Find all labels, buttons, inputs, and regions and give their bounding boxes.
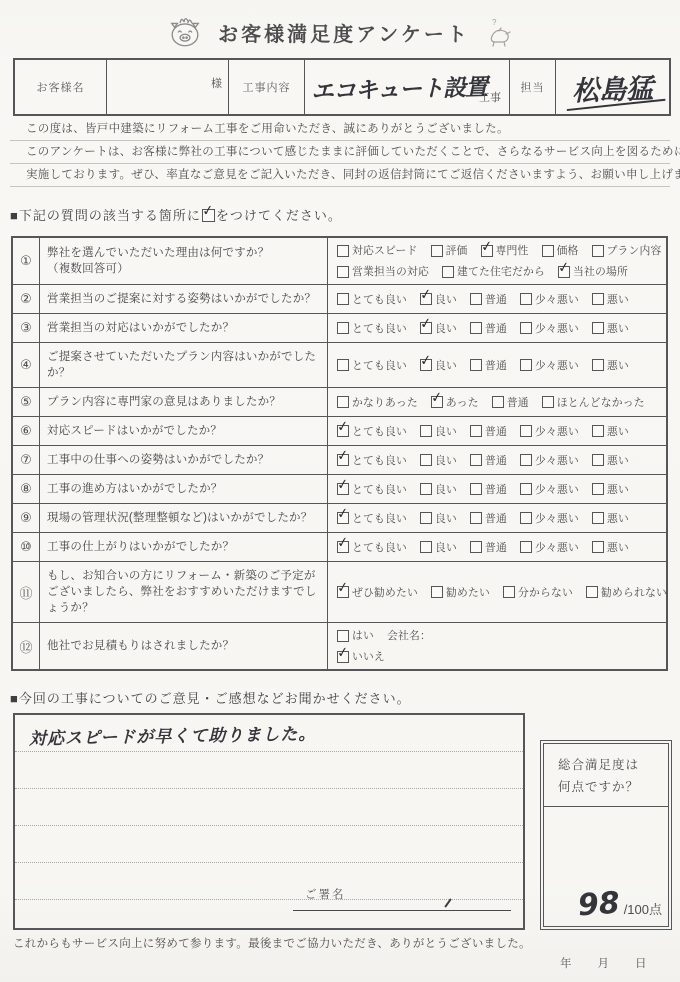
option: あった <box>431 395 479 410</box>
survey-row: ⑦工事中の仕事への姿勢はいかがでしたか？とても良い良い普通少々悪い悪い <box>13 446 666 475</box>
checkbox-icon <box>503 586 515 598</box>
option: 評価 <box>431 243 468 258</box>
checkbox-icon <box>470 483 482 495</box>
checkbox-icon <box>470 293 482 305</box>
work-suffix-label: 工事 <box>479 89 501 105</box>
answer-options: とても良い良い普通少々悪い悪い <box>328 314 666 342</box>
option-line: いいえ <box>337 649 662 664</box>
question-text: 営業担当のご提案に対する姿勢はいかがでしたか？ <box>40 285 328 313</box>
option: 少々悪い <box>520 358 579 373</box>
checkbox-icon <box>592 512 604 524</box>
comment-ruled-line <box>15 826 523 863</box>
staff-name-handwritten-value: 松島猛 <box>567 66 657 108</box>
checkbox-icon <box>592 483 604 495</box>
checked-checkbox-icon <box>337 483 349 495</box>
question-text: 他社でお見積もりはされましたか？ <box>40 623 328 669</box>
question-text: プラン内容に専門家の意見はありましたか？ <box>40 388 328 416</box>
score-question: 総合満足度は 何点ですか？ <box>544 744 668 807</box>
option: 少々悪い <box>520 482 579 497</box>
answer-options: とても良い良い普通少々悪い悪い <box>328 504 666 532</box>
option: 良い <box>420 511 457 526</box>
option: 少々悪い <box>520 321 579 336</box>
checkbox-icon <box>592 454 604 466</box>
option-line: ぜひ勧めたい勧めたい分からない勧められない <box>337 585 680 600</box>
option-line: はい会社名： <box>337 628 662 643</box>
survey-heading-suffix: をつけてください。 <box>216 208 342 223</box>
question-text: 工事の仕上がりはいかがでしたか？ <box>40 533 328 561</box>
staff-name-field: 松島猛 <box>556 60 669 114</box>
date-day-label: 日 <box>635 955 647 971</box>
question-text: 現場の管理状況(整理整頓など)はいかがでしたか？ <box>40 504 328 532</box>
option: はい <box>337 628 374 643</box>
overall-score-box: 総合満足度は 何点ですか？ 98 /100点 <box>540 740 672 930</box>
question-number: ⑩ <box>13 533 40 561</box>
checkbox-icon <box>337 630 349 642</box>
option-line: とても良い良い普通少々悪い悪い <box>337 540 662 555</box>
option-line: とても良い良い普通少々悪い悪い <box>337 321 662 336</box>
survey-sheet: お客様満足度アンケート ? お客様名 様 工事内容 エコキュート設置 工事 担当… <box>0 0 680 982</box>
option: 少々悪い <box>520 540 579 555</box>
intro-paragraph: この度は、皆戸中建築にリフォーム工事をご用命いただき、誠にありがとうございました… <box>10 118 670 187</box>
option: 良い <box>420 321 457 336</box>
checkbox-icon <box>520 454 532 466</box>
survey-row: ⑩工事の仕上がりはいかがでしたか？とても良い良い普通少々悪い悪い <box>13 533 666 562</box>
option: とても良い <box>337 358 407 373</box>
checkbox-icon <box>420 454 432 466</box>
option: ぜひ勧めたい <box>337 585 418 600</box>
svg-text:?: ? <box>492 18 497 27</box>
survey-table-body: ①弊社を選んでいただいた理由は何ですか？（複数回答可）対応スピード評価専門性価格… <box>11 236 668 671</box>
answer-options: はい会社名：いいえ <box>328 623 666 669</box>
option: 対応スピード <box>337 243 418 258</box>
checkbox-icon <box>420 541 432 553</box>
question-text: 対応スピードはいかがでしたか？ <box>40 417 328 445</box>
checked-checkbox-icon <box>202 209 215 222</box>
option: 悪い <box>592 292 629 307</box>
customer-name-field: 様 <box>107 60 229 114</box>
checkbox-icon <box>520 359 532 371</box>
survey-row: ⑤プラン内容に専門家の意見はありましたか？かなりあったあった普通ほとんどなかった <box>13 388 666 417</box>
option: 悪い <box>592 511 629 526</box>
checkbox-icon <box>431 245 443 257</box>
checkbox-icon <box>542 245 554 257</box>
score-value-area: 98 /100点 <box>578 892 662 918</box>
option: 悪い <box>592 482 629 497</box>
checkbox-icon <box>337 322 349 334</box>
survey-heading-prefix: ■下記の質問の該当する箇所に <box>10 208 201 223</box>
honorific-label: 様 <box>211 75 222 91</box>
comments-box: 対応スピードが早くて助りました。 ご署名 <box>13 713 525 930</box>
option: とても良い <box>337 511 407 526</box>
customer-name-label: お客様名 <box>15 60 107 114</box>
checked-checkbox-icon <box>420 359 432 371</box>
checkbox-icon <box>592 293 604 305</box>
option: 普通 <box>470 292 507 307</box>
survey-row: ④ご提案させていただいたプラン内容はいかがでしたか？とても良い良い普通少々悪い悪… <box>13 343 666 388</box>
option: 建てた住宅だから <box>442 264 545 279</box>
question-number: ② <box>13 285 40 313</box>
signature-label: ご署名 <box>305 886 346 902</box>
checkbox-icon <box>586 586 598 598</box>
option-line: 対応スピード評価専門性価格プラン内容 <box>337 243 675 258</box>
checked-checkbox-icon <box>337 541 349 553</box>
checked-checkbox-icon <box>420 293 432 305</box>
answer-options: とても良い良い普通少々悪い悪い <box>328 417 666 445</box>
answer-options: とても良い良い普通少々悪い悪い <box>328 446 666 474</box>
customer-info-table: お客様名 様 工事内容 エコキュート設置 工事 担当 松島猛 <box>13 58 671 116</box>
option: 普通 <box>470 453 507 468</box>
checkbox-icon <box>470 541 482 553</box>
checkbox-icon <box>431 586 443 598</box>
checkbox-icon <box>420 425 432 437</box>
answer-options: ぜひ勧めたい勧めたい分からない勧められない <box>328 562 680 622</box>
checkbox-icon <box>337 359 349 371</box>
checkbox-icon <box>520 541 532 553</box>
question-text: 工事中の仕事への姿勢はいかがでしたか？ <box>40 446 328 474</box>
checked-checkbox-icon <box>337 586 349 598</box>
checkbox-icon <box>520 512 532 524</box>
option-line: とても良い良い普通少々悪い悪い <box>337 453 662 468</box>
option: 価格 <box>542 243 579 258</box>
option: 良い <box>420 358 457 373</box>
checkbox-icon <box>442 266 454 278</box>
checkbox-icon <box>492 396 504 408</box>
checkbox-icon <box>520 293 532 305</box>
option: 当社の場所 <box>558 264 628 279</box>
signature-stroke-mark <box>444 898 451 907</box>
survey-row: ③営業担当の対応はいかがでしたか？とても良い良い普通少々悪い悪い <box>13 314 666 343</box>
header: お客様満足度アンケート ? <box>0 14 680 50</box>
option-line: 営業担当の対応建てた住宅だから当社の場所 <box>337 264 675 279</box>
option: 悪い <box>592 540 629 555</box>
handwritten-comment: 対応スピードが早くて助りました。 <box>15 719 317 753</box>
option: プラン内容 <box>592 243 662 258</box>
option: 悪い <box>592 453 629 468</box>
answer-options: とても良い良い普通少々悪い悪い <box>328 285 666 313</box>
option: 勧めたい <box>431 585 490 600</box>
intro-line: 実施しております。ぜひ、率直なご意見をご記入いただき、同封の返信封筒にてご返信く… <box>10 164 670 187</box>
option-line: かなりあったあった普通ほとんどなかった <box>337 395 662 410</box>
checked-checkbox-icon <box>431 396 443 408</box>
question-number: ⑪ <box>13 562 40 622</box>
intro-line: この度は、皆戸中建築にリフォーム工事をご用命いただき、誠にありがとうございました… <box>10 118 670 141</box>
option: 分からない <box>503 585 573 600</box>
option: 悪い <box>592 424 629 439</box>
option: いいえ <box>337 649 385 664</box>
date-line: 年 月 日 <box>560 955 647 971</box>
option: 良い <box>420 453 457 468</box>
checked-checkbox-icon <box>481 245 493 257</box>
checkbox-icon <box>592 425 604 437</box>
checkbox-icon <box>542 396 554 408</box>
option: とても良い <box>337 321 407 336</box>
question-text: もし、お知合いの方にリフォーム・新築のご予定がございましたら、弊社をおすすめいた… <box>40 562 328 622</box>
question-number: ④ <box>13 343 40 387</box>
answer-options: かなりあったあった普通ほとんどなかった <box>328 388 666 416</box>
option: 少々悪い <box>520 424 579 439</box>
work-content-field: エコキュート設置 工事 <box>305 60 510 114</box>
option: 普通 <box>470 482 507 497</box>
option: 良い <box>420 482 457 497</box>
answer-options: 対応スピード評価専門性価格プラン内容営業担当の対応建てた住宅だから当社の場所 <box>328 238 679 284</box>
checkbox-icon <box>520 483 532 495</box>
option: 勧められない <box>586 585 667 600</box>
option: 営業担当の対応 <box>337 264 429 279</box>
checkbox-icon <box>592 322 604 334</box>
survey-row: ⑧工事の進め方はいかがでしたか？とても良い良い普通少々悪い悪い <box>13 475 666 504</box>
option: 良い <box>420 424 457 439</box>
checkbox-icon <box>337 245 349 257</box>
comment-ruled-line <box>15 752 523 789</box>
work-content-handwritten-value: エコキュート設置 <box>311 68 488 106</box>
option: 良い <box>420 292 457 307</box>
option: 普通 <box>470 321 507 336</box>
checkbox-icon <box>470 425 482 437</box>
option: とても良い <box>337 482 407 497</box>
score-box-inner-border: 総合満足度は 何点ですか？ 98 /100点 <box>543 743 669 927</box>
option-text: 会社名： <box>387 628 431 643</box>
question-number: ⑨ <box>13 504 40 532</box>
option: 普通 <box>492 395 529 410</box>
survey-row: ②営業担当のご提案に対する姿勢はいかがでしたか？とても良い良い普通少々悪い悪い <box>13 285 666 314</box>
checkbox-icon <box>337 293 349 305</box>
score-suffix-label: /100点 <box>624 899 662 918</box>
checkbox-icon <box>420 512 432 524</box>
question-text: 弊社を選んでいただいた理由は何ですか？（複数回答可） <box>40 238 328 284</box>
checked-checkbox-icon <box>337 454 349 466</box>
checked-checkbox-icon <box>558 266 570 278</box>
answer-options: とても良い良い普通少々悪い悪い <box>328 533 666 561</box>
checkbox-icon <box>592 541 604 553</box>
checkbox-icon <box>420 483 432 495</box>
option: 良い <box>420 540 457 555</box>
checkbox-icon <box>520 425 532 437</box>
boar-sketch-icon: ? <box>484 16 514 48</box>
comments-section-heading: ■今回の工事についてのご意見・ご感想などお聞かせください。 <box>10 688 411 707</box>
signature-area: ご署名 <box>15 886 523 924</box>
score-question-line1: 総合満足度は <box>558 755 668 773</box>
staff-label: 担当 <box>510 60 556 114</box>
option: とても良い <box>337 540 407 555</box>
option-line: とても良い良い普通少々悪い悪い <box>337 482 662 497</box>
checkbox-icon <box>592 359 604 371</box>
survey-row: ⑨現場の管理状況(整理整頓など)はいかがでしたか？とても良い良い普通少々悪い悪い <box>13 504 666 533</box>
intro-line: このアンケートは、お客様に弊社の工事について感じたままに評価していただくことで、… <box>10 141 670 164</box>
page-title: お客様満足度アンケート <box>218 18 470 47</box>
signature-line <box>293 910 511 911</box>
comment-ruled-line <box>15 789 523 826</box>
question-text: 営業担当の対応はいかがでしたか？ <box>40 314 328 342</box>
option: 少々悪い <box>520 453 579 468</box>
score-question-line2: 何点ですか？ <box>558 777 668 795</box>
checkbox-icon <box>470 512 482 524</box>
question-number: ③ <box>13 314 40 342</box>
option: 普通 <box>470 511 507 526</box>
work-content-label: 工事内容 <box>229 60 305 114</box>
option: ほとんどなかった <box>542 395 645 410</box>
option-line: とても良い良い普通少々悪い悪い <box>337 511 662 526</box>
option: 少々悪い <box>520 292 579 307</box>
option: かなりあった <box>337 395 418 410</box>
survey-row: ⑫他社でお見積もりはされましたか？はい会社名：いいえ <box>13 623 666 669</box>
date-year-label: 年 <box>560 955 572 971</box>
option: 普通 <box>470 424 507 439</box>
option: 少々悪い <box>520 511 579 526</box>
question-text: 工事の進め方はいかがでしたか？ <box>40 475 328 503</box>
checkbox-icon <box>337 266 349 278</box>
survey-section-heading: ■下記の質問の該当する箇所にをつけてください。 <box>10 205 342 224</box>
option: とても良い <box>337 292 407 307</box>
checked-checkbox-icon <box>337 512 349 524</box>
pig-mascot-icon <box>166 14 204 50</box>
answer-options: とても良い良い普通少々悪い悪い <box>328 343 666 387</box>
question-number: ⑥ <box>13 417 40 445</box>
checkbox-icon <box>337 396 349 408</box>
checkbox-icon <box>470 322 482 334</box>
option: とても良い <box>337 453 407 468</box>
checked-checkbox-icon <box>337 425 349 437</box>
question-number: ⑧ <box>13 475 40 503</box>
question-text: ご提案させていただいたプラン内容はいかがでしたか？ <box>40 343 328 387</box>
option: とても良い <box>337 424 407 439</box>
checked-checkbox-icon <box>420 322 432 334</box>
question-number: ⑤ <box>13 388 40 416</box>
checkbox-icon <box>592 245 604 257</box>
checkbox-icon <box>470 359 482 371</box>
survey-row: ⑪もし、お知合いの方にリフォーム・新築のご予定がございましたら、弊社をおすすめい… <box>13 562 666 623</box>
checkbox-icon <box>520 322 532 334</box>
question-number: ⑦ <box>13 446 40 474</box>
option: 普通 <box>470 358 507 373</box>
survey-row: ⑥対応スピードはいかがでしたか？とても良い良い普通少々悪い悪い <box>13 417 666 446</box>
option: 専門性 <box>481 243 529 258</box>
option-line: とても良い良い普通少々悪い悪い <box>337 292 662 307</box>
option: 悪い <box>592 358 629 373</box>
survey-row: ①弊社を選んでいただいた理由は何ですか？（複数回答可）対応スピード評価専門性価格… <box>13 238 666 285</box>
option: 悪い <box>592 321 629 336</box>
question-number: ① <box>13 238 40 284</box>
checked-checkbox-icon <box>337 651 349 663</box>
closing-message: これからもサービス向上に努めて参ります。最後までご協力いただき、ありがとうござい… <box>13 935 531 951</box>
date-month-label: 月 <box>598 955 610 971</box>
answer-options: とても良い良い普通少々悪い悪い <box>328 475 666 503</box>
checkbox-icon <box>470 454 482 466</box>
option: 普通 <box>470 540 507 555</box>
question-number: ⑫ <box>13 623 40 669</box>
option-line: とても良い良い普通少々悪い悪い <box>337 424 662 439</box>
option-line: とても良い良い普通少々悪い悪い <box>337 358 662 373</box>
handwritten-score-value: 98 <box>577 891 620 920</box>
